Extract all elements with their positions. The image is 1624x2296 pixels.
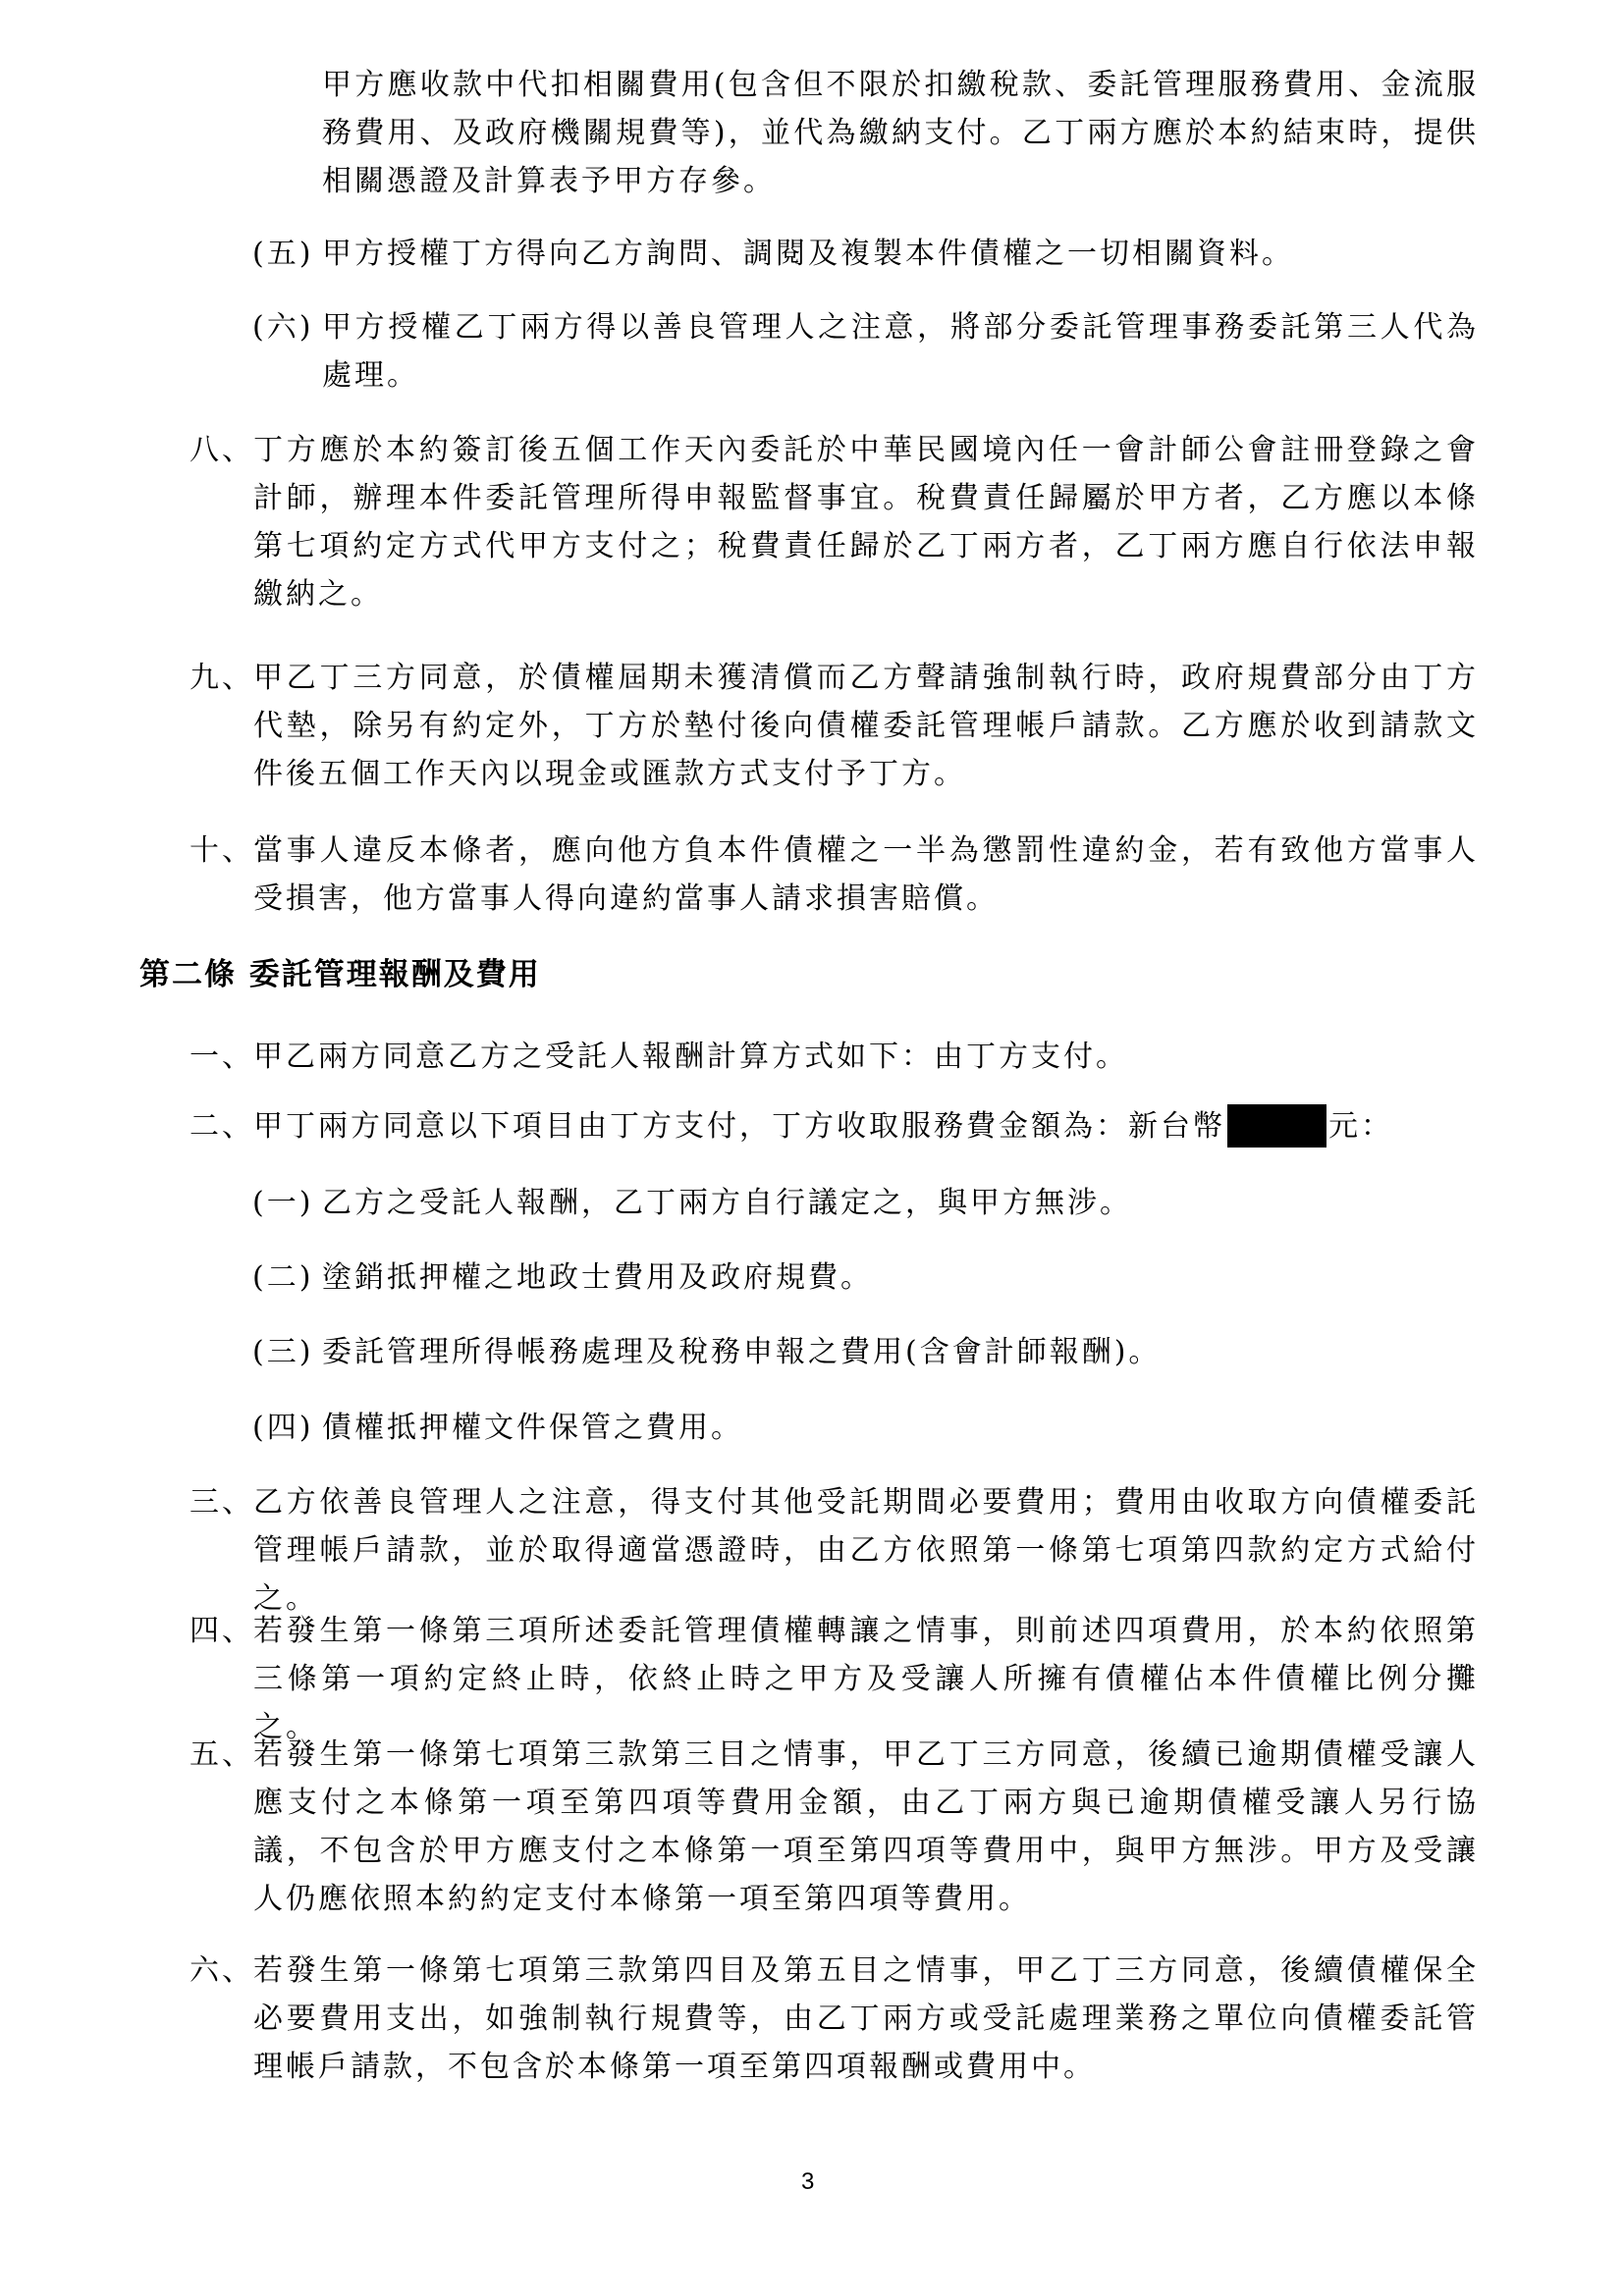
page-number: 3 <box>801 2167 814 2197</box>
item-text: 若發生第一條第七項第三款第四目及第五目之情事，甲乙丁三方同意，後續債權保全必要費… <box>253 1953 1479 2084</box>
item-marker: 三、 <box>189 1478 254 1526</box>
subitem-text: 委託管理所得帳務處理及稅務申報之費用(含會計師報酬)。 <box>322 1335 1161 1369</box>
item-text: 丁方應於本約簽訂後五個工作天內委託於中華民國境內任一會計師公會註冊登錄之會計師，… <box>253 433 1479 612</box>
item-marker: 五、 <box>189 1731 254 1779</box>
article2-heading: 第二條 委託管理報酬及費用 <box>139 951 541 999</box>
item-marker: 六、 <box>189 1947 254 1995</box>
article1-item-8: 八、 丁方應於本約簽訂後五個工作天內委託於中華民國境內任一會計師公會註冊登錄之會… <box>189 426 1479 618</box>
subitem-marker: (五) <box>252 230 313 278</box>
article1-item-10: 十、 當事人違反本條者，應向他方負本件債權之一半為懲罰性違約金，若有致他方當事人… <box>189 827 1479 923</box>
item-text: 甲乙丁三方同意，於債權屆期未獲清償而乙方聲請強制執行時，政府規費部分由丁方代墊，… <box>253 661 1479 791</box>
article2-item-5: 五、 若發生第一條第七項第三款第三目之情事，甲乙丁三方同意，後續已逾期債權受讓人… <box>189 1731 1479 1923</box>
subitem-text: 甲方授權丁方得向乙方詢問、調閱及複製本件債權之一切相關資料。 <box>322 237 1294 271</box>
redacted-amount-box <box>1227 1104 1326 1148</box>
item-text: 若發生第一條第三項所述委託管理債權轉讓之情事，則前述四項費用，於本約依照第三條第… <box>253 1614 1479 1744</box>
article2-item-4: 四、 若發生第一條第三項所述委託管理債權轉讓之情事，則前述四項費用，於本約依照第… <box>189 1607 1479 1751</box>
item-marker: 四、 <box>189 1607 254 1655</box>
subitem-text: 甲方授權乙丁兩方得以善良管理人之注意，將部分委託管理事務委託第三人代為處理。 <box>322 310 1479 393</box>
article2-item-2: 二、 甲丁兩方同意以下項目由丁方支付，丁方收取服務費金額為：新台幣元： <box>189 1102 1479 1150</box>
item-marker: 二、 <box>189 1102 254 1150</box>
item-text: 乙方依善良管理人之注意，得支付其他受託期間必要費用；費用由收取方向債權委託管理帳… <box>253 1485 1479 1616</box>
subitem-marker: (一) <box>252 1179 313 1227</box>
item-text: 若發生第一條第七項第三款第三目之情事，甲乙丁三方同意，後續已逾期債權受讓人應支付… <box>253 1737 1479 1916</box>
article2-item-1: 一、 甲乙兩方同意乙方之受託人報酬計算方式如下：由丁方支付。 <box>189 1033 1479 1081</box>
subitem-marker: (六) <box>252 303 313 351</box>
item-text: 甲乙兩方同意乙方之受託人報酬計算方式如下：由丁方支付。 <box>253 1040 1128 1074</box>
article1-subitem-6: (六) 甲方授權乙丁兩方得以善良管理人之注意，將部分委託管理事務委託第三人代為處… <box>252 303 1479 400</box>
article2-subitem-4: (四) 債權抵押權文件保管之費用。 <box>252 1404 1479 1452</box>
item-marker: 九、 <box>189 654 254 702</box>
continuation-paragraph: 甲方應收款中代扣相關費用(包含但不限於扣繳稅款、委託管理服務費用、金流服務費用、… <box>322 61 1479 205</box>
article2-subitem-1: (一) 乙方之受託人報酬，乙丁兩方自行議定之，與甲方無涉。 <box>252 1179 1479 1227</box>
item-text-before: 甲丁兩方同意以下項目由丁方支付，丁方收取服務費金額為：新台幣 <box>253 1109 1225 1144</box>
subitem-text: 乙方之受託人報酬，乙丁兩方自行議定之，與甲方無涉。 <box>322 1186 1132 1220</box>
item-marker: 八、 <box>189 426 254 474</box>
subitem-text: 債權抵押權文件保管之費用。 <box>322 1411 743 1445</box>
subitem-marker: (三) <box>252 1328 313 1376</box>
article1-item-9: 九、 甲乙丁三方同意，於債權屆期未獲清償而乙方聲請強制執行時，政府規費部分由丁方… <box>189 654 1479 798</box>
subitem-text: 塗銷抵押權之地政士費用及政府規費。 <box>322 1260 873 1295</box>
item-marker: 十、 <box>189 827 254 875</box>
article2-item-3: 三、 乙方依善良管理人之注意，得支付其他受託期間必要費用；費用由收取方向債權委託… <box>189 1478 1479 1623</box>
paragraph-text: 甲方應收款中代扣相關費用(包含但不限於扣繳稅款、委託管理服務費用、金流服務費用、… <box>322 68 1479 198</box>
article2-subitem-2: (二) 塗銷抵押權之地政士費用及政府規費。 <box>252 1254 1479 1302</box>
article2-item-6: 六、 若發生第一條第七項第三款第四目及第五目之情事，甲乙丁三方同意，後續債權保全… <box>189 1947 1479 2091</box>
item-text: 當事人違反本條者，應向他方負本件債權之一半為懲罰性違約金，若有致他方當事人受損害… <box>253 833 1479 916</box>
item-text-after: 元： <box>1328 1109 1393 1144</box>
subitem-marker: (四) <box>252 1404 313 1452</box>
item-marker: 一、 <box>189 1033 254 1081</box>
article2-subitem-3: (三) 委託管理所得帳務處理及稅務申報之費用(含會計師報酬)。 <box>252 1328 1479 1376</box>
subitem-marker: (二) <box>252 1254 313 1302</box>
article1-subitem-5: (五) 甲方授權丁方得向乙方詢問、調閱及複製本件債權之一切相關資料。 <box>252 230 1479 278</box>
